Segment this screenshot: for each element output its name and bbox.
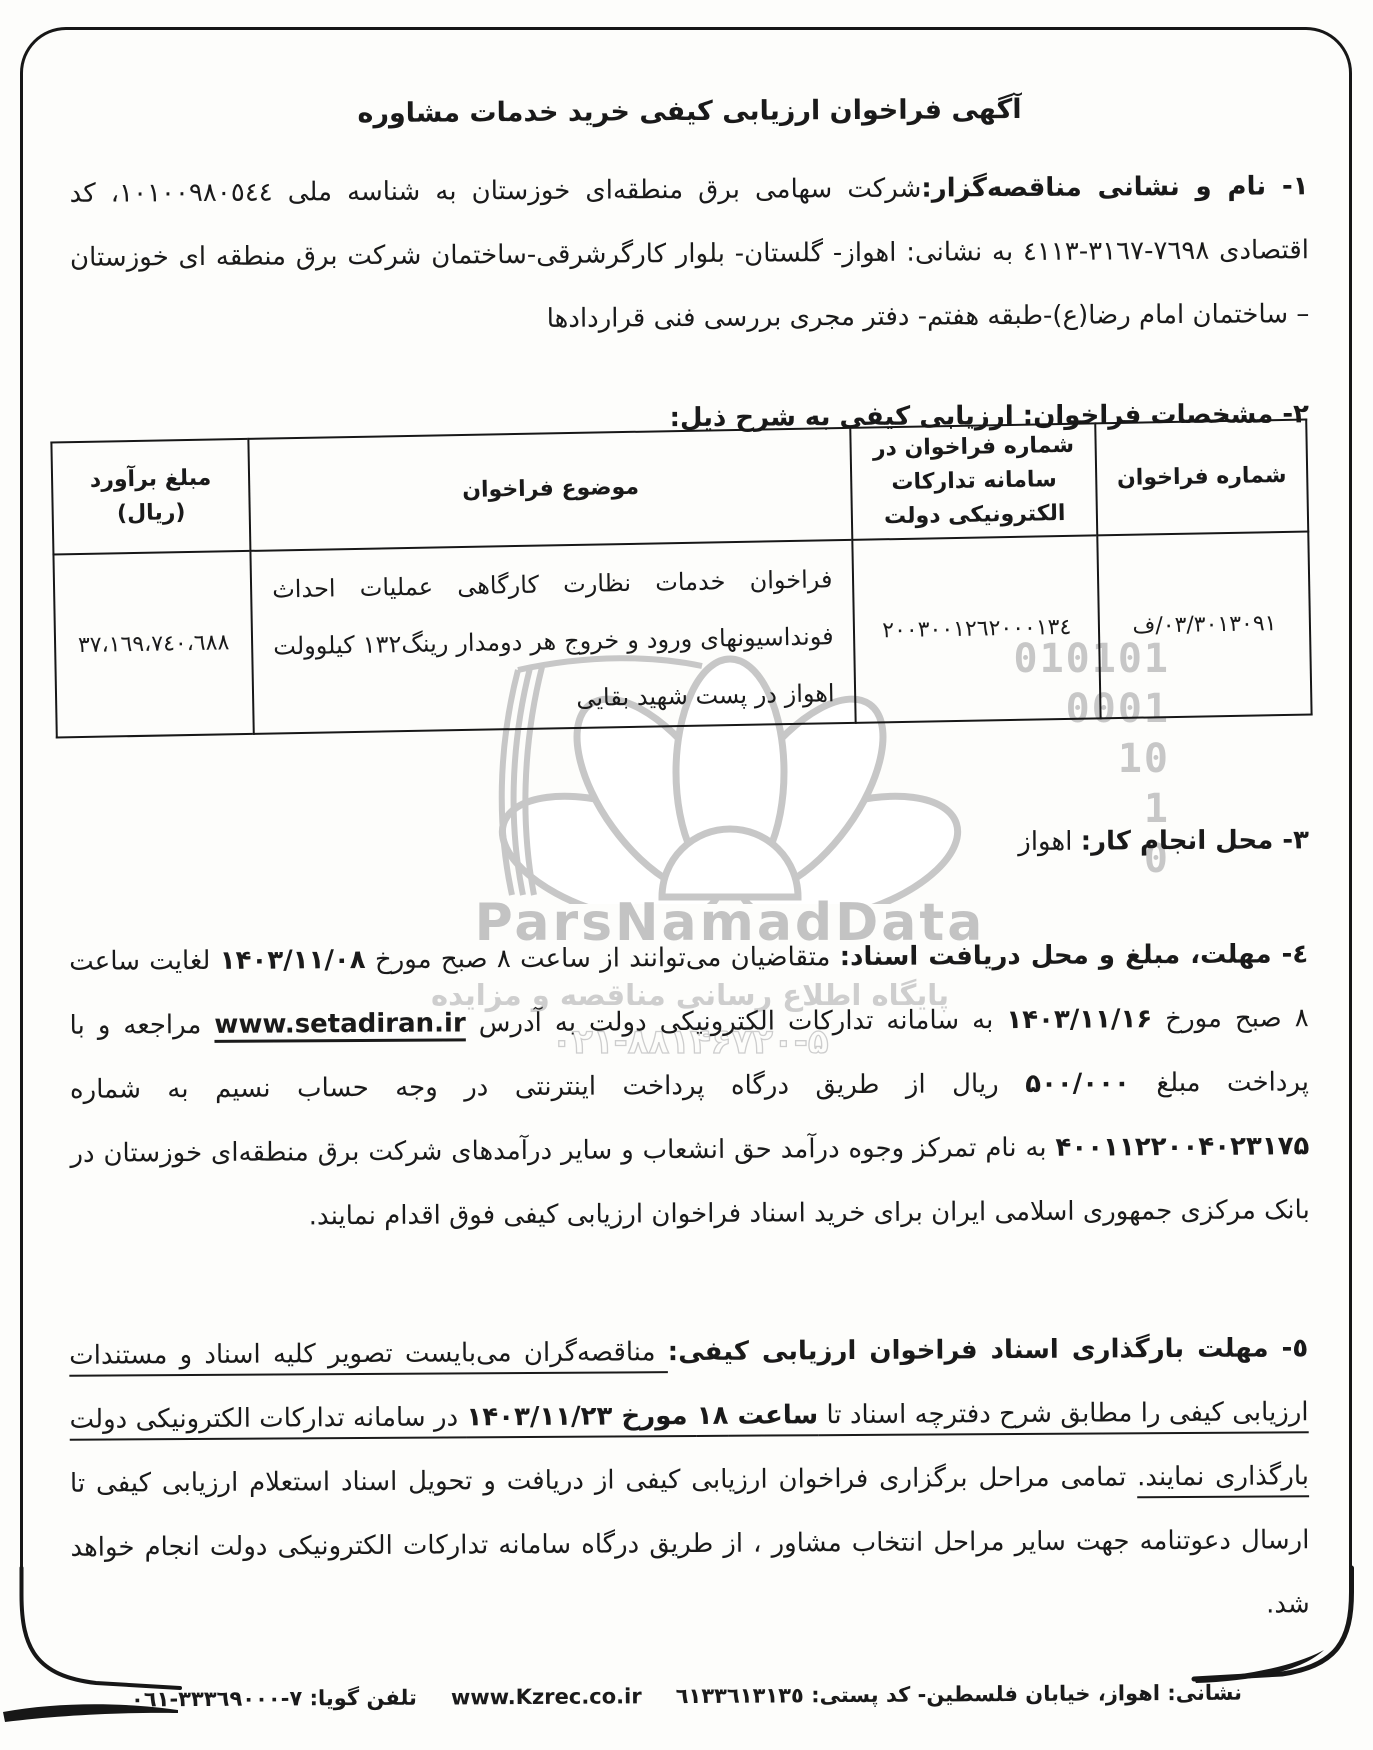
fee-amount: ۵۰۰/۰۰۰	[1025, 1068, 1130, 1099]
section-3-text: اهواز	[1018, 827, 1081, 857]
section-3-label: ٣- محل انجام کار:	[1081, 825, 1310, 856]
tender-table: شماره فراخوان شماره فراخوان در سامانه تد…	[50, 419, 1312, 739]
section-5-text: تمامی مراحل برگزاری فراخوان ارزیابی کیفی…	[70, 1462, 1310, 1619]
cell-estimate-amount: ٣٧،١٦٩،٧٤٠،٦٨٨	[53, 551, 253, 738]
setadiran-link[interactable]: www.setadiran.ir	[214, 1008, 466, 1040]
section-1-label: ١- نام و نشانی مناقصه‌گزار:	[921, 171, 1308, 203]
section-4-document-purchase: ٤- مهلت، مبلغ و محل دریافت اسناد: متقاضی…	[69, 922, 1310, 1250]
cell-setad-number: ٢٠٠٣٠٠١٢٦٢٠٠٠١٣٤	[853, 535, 1101, 722]
footer: نشانی: اهواز، خیابان فلسطین- کد پستی: ٦١…	[0, 1680, 1373, 1712]
section-4-label: ٤- مهلت، مبلغ و محل دریافت اسناد:	[840, 939, 1309, 972]
page-title: آگهی فراخوان ارزیابی کیفی خرید خدمات مشا…	[70, 92, 1309, 131]
col-header-setad-number: شماره فراخوان در سامانه تدارکات الکترونی…	[851, 423, 1098, 539]
section-3-work-location: ٣- محل انجام کار: اهواز	[70, 808, 1309, 880]
table-row: ۰۳/۳۰۱۳۰۹۱/ف ٢٠٠٣٠٠١٢٦٢٠٠٠١٣٤ فراخوان خد…	[53, 532, 1311, 738]
footer-website-link[interactable]: www.Kzrec.co.ir	[451, 1684, 642, 1709]
date-from: ۱۴۰۳/۱۱/۰۸	[220, 945, 366, 976]
document-content: آگهی فراخوان ارزیابی کیفی خرید خدمات مشا…	[0, 0, 1373, 1750]
section-4-text: متقاضیان می‌توانند از ساعت ۸ صبح مورخ	[366, 942, 840, 975]
footer-phone: تلفن گویا: ٧-٣٣٣٦٩٠٠٠-٠٦١	[131, 1686, 417, 1712]
col-header-estimate-amount: مبلغ برآورد (ریال)	[51, 439, 250, 555]
cell-call-number: ۰۳/۳۰۱۳۰۹۱/ف	[1097, 532, 1311, 719]
col-header-subject: موضوع فراخوان	[248, 428, 852, 551]
section-1-bidder-name-address: ١- نام و نشانی مناقصه‌گزار:شرکت سهامی بر…	[69, 154, 1309, 354]
section-4-text: ریال از طریق درگاه پرداخت اینترنتی در وج…	[70, 1069, 1025, 1105]
scanned-tender-notice: 010101 0001 10 1 0 ParsNamadData پایگاه …	[0, 0, 1373, 1750]
cell-subject: فراخوان خدمات نظارت کارگاهی عملیات احداث…	[250, 540, 856, 734]
footer-address: نشانی: اهواز، خیابان فلسطین- کد پستی: ٦١…	[676, 1681, 1242, 1708]
section-5-upload-deadline: ٥- مهلت بارگذاری اسناد فراخوان ارزیابی ک…	[69, 1316, 1310, 1644]
upload-deadline: ساعت ۱۸ مورخ ۱۴۰۳/۱۱/۲۳	[466, 1400, 818, 1432]
date-to: ۱۴۰۳/۱۱/۱۶	[1006, 1004, 1152, 1035]
section-5-label: ٥- مهلت بارگذاری اسناد فراخوان ارزیابی ک…	[668, 1333, 1309, 1367]
section-4-text: به سامانه تدارکات الکترونیکی دولت به آدر…	[466, 1005, 1007, 1038]
col-header-call-number: شماره فراخوان	[1095, 420, 1308, 536]
account-number: ۴۰۰۱۱۲۲۰۰۴۰۲۳۱۷۵	[1055, 1131, 1309, 1163]
